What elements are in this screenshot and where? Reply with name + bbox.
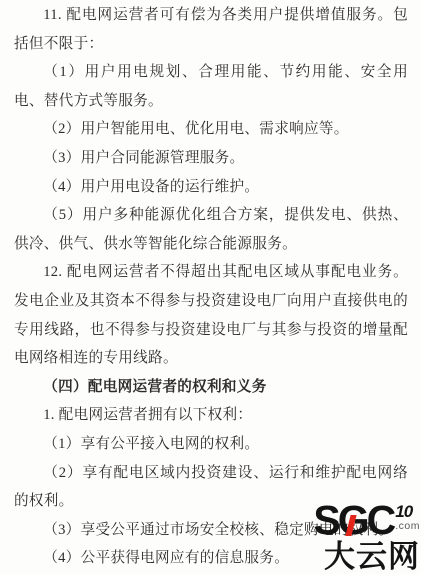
document-page: 11. 配电网运营者可有偿为各类用户提供增值服务。包括但不限于： （1）用户用电… bbox=[0, 0, 421, 574]
logo-red-accent-icon bbox=[346, 515, 357, 536]
paragraph-item-1: 1. 配电网运营者拥有以下权利： bbox=[14, 401, 408, 430]
logo-domain: .com bbox=[395, 521, 420, 532]
logo-suffix-column: 10 .com bbox=[395, 502, 420, 532]
paragraph-item-12: 12. 配电网运营者不得超出其配电区域从事配电业务。发电企业及其资本不得参与投资… bbox=[14, 258, 408, 372]
section-heading: （四）配电网运营者的权利和义务 bbox=[14, 373, 408, 402]
rights-item-1: （1）享有公平接入电网的权利。 bbox=[14, 430, 408, 459]
watermark-logo: SGC 10 .com 大云网 bbox=[313, 502, 420, 573]
paragraph-item-11: 11. 配电网运营者可有偿为各类用户提供增值服务。包括但不限于： bbox=[14, 1, 408, 58]
logo-top-row: SGC 10 .com bbox=[313, 502, 420, 538]
logo-chinese-name: 大云网 bbox=[313, 540, 420, 573]
list-item-2: （2）用户智能用电、优化用电、需求响应等。 bbox=[14, 115, 408, 144]
list-item-1: （1）用户用电规划、合理用能、节约用能、安全用电、替代方式等服务。 bbox=[14, 58, 408, 115]
list-item-5: （5）用户多种能源优化组合方案，提供发电、供热、供冷、供气、供水等智能化综合能源… bbox=[14, 201, 408, 258]
list-item-4: （4）用户用电设备的运行维护。 bbox=[14, 173, 408, 202]
logo-superscript: 10 bbox=[395, 503, 412, 520]
list-item-3: （3）用户合同能源管理服务。 bbox=[14, 144, 408, 173]
document-body: 11. 配电网运营者可有偿为各类用户提供增值服务。包括但不限于： （1）用户用电… bbox=[14, 1, 408, 573]
logo-text-sgc: SGC bbox=[313, 502, 393, 538]
